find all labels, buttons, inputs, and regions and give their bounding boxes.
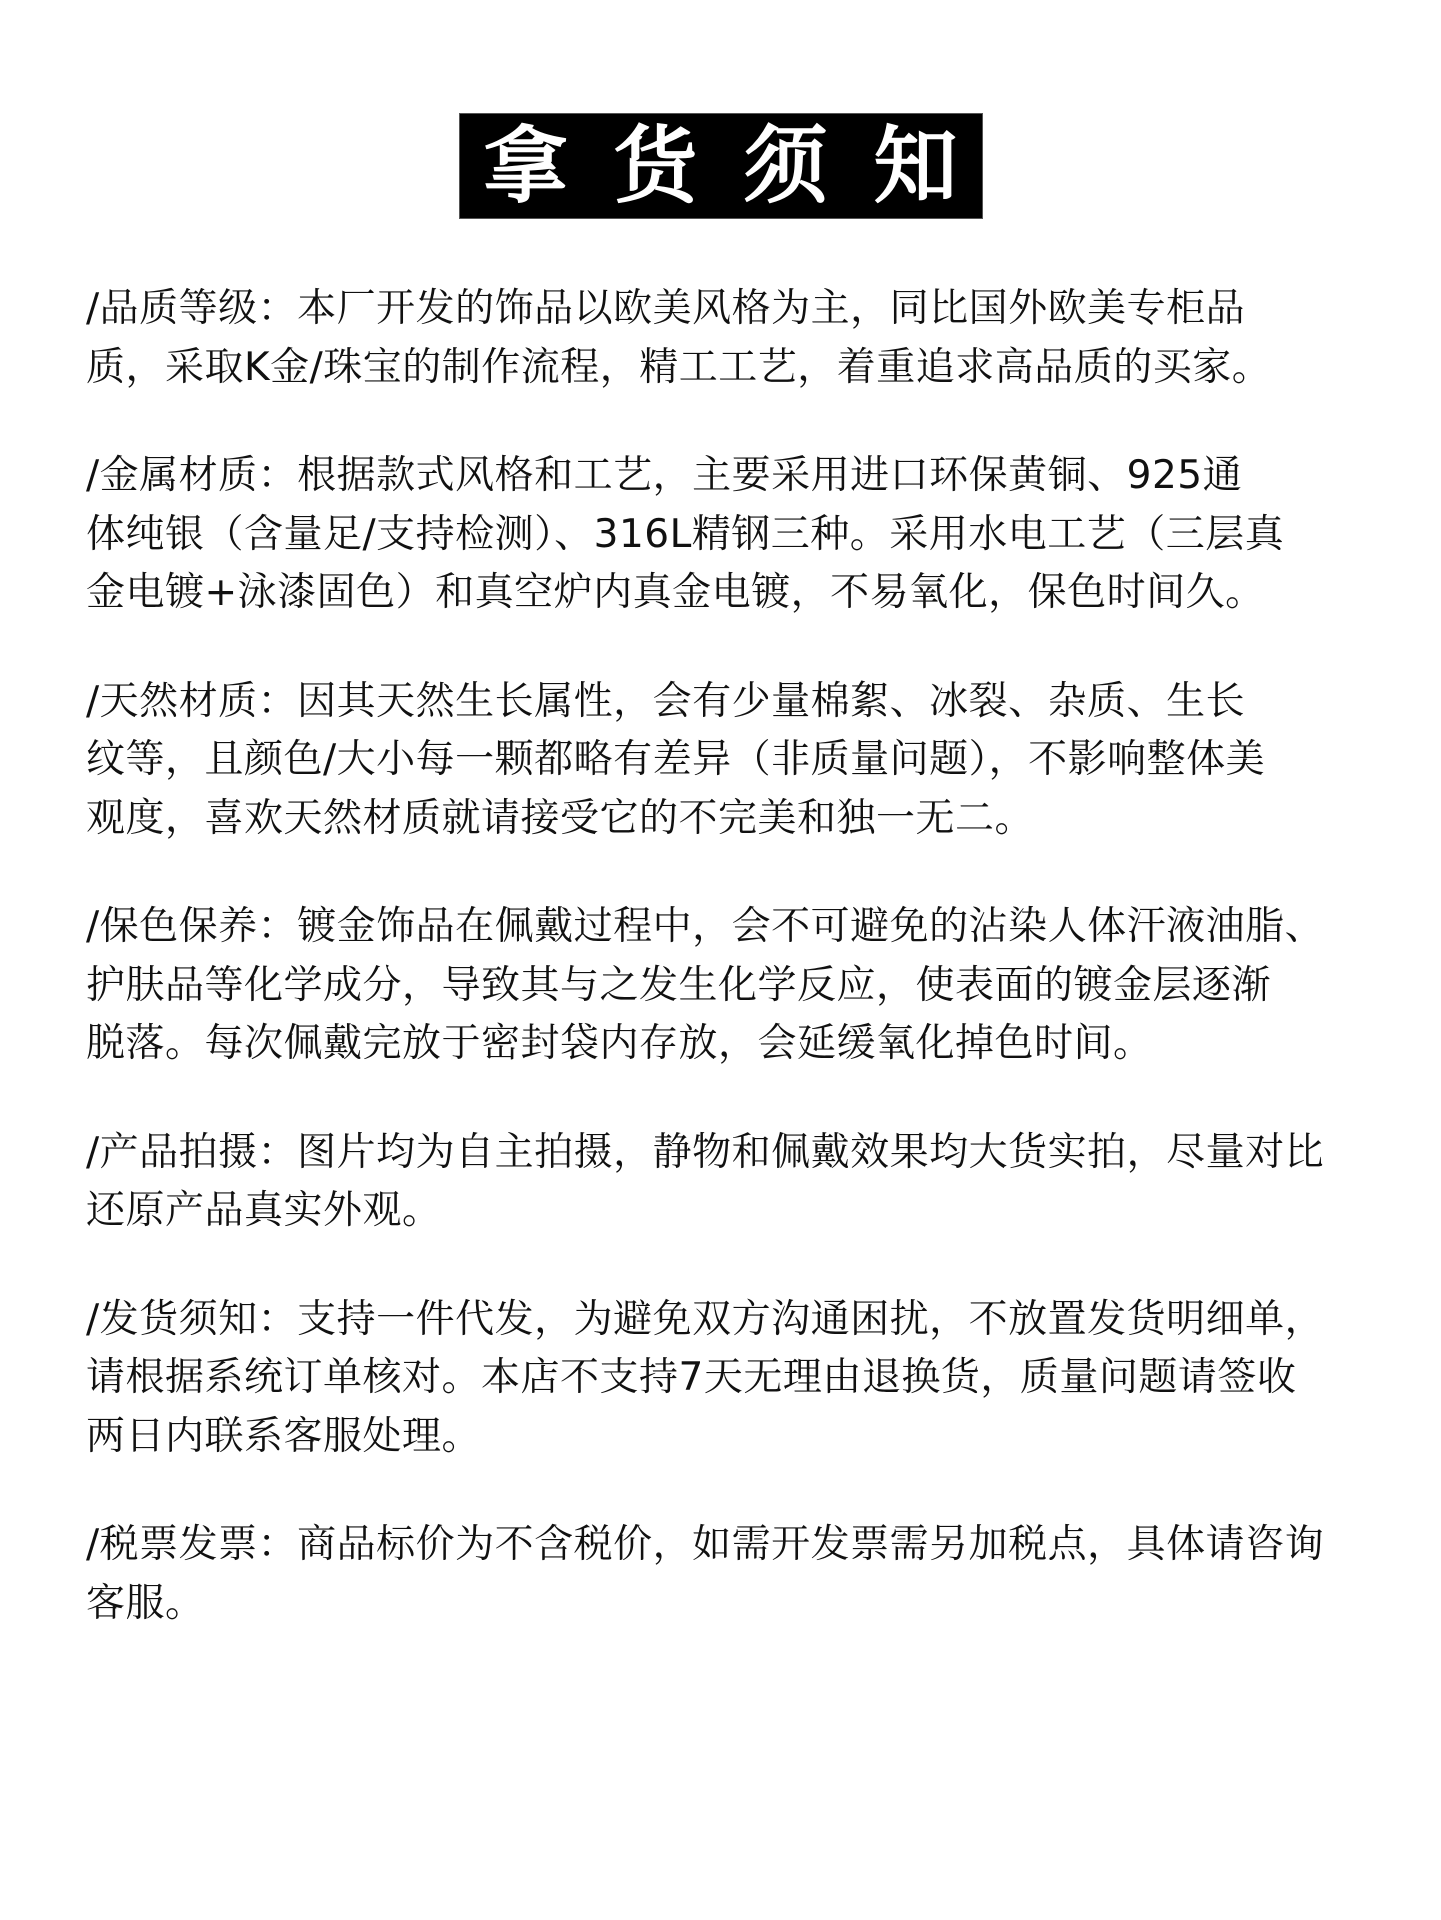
section-line: 还原产品真实外观。 [86,1182,1376,1241]
section-shipping-notice: /发货须知：支持一件代发，为避免双方沟通困扰，不放置发货明细单， 请根据系统订单… [86,1291,1376,1467]
section-line: 两日内联系客服处理。 [86,1408,1376,1467]
section-quality-grade: /品质等级：本厂开发的饰品以欧美风格为主，同比国外欧美专柜品 质，采取K金/珠宝… [86,280,1376,397]
page-title: 拿货须知 [483,124,1003,208]
section-tax-invoice: /税票发票：商品标价为不含税价，如需开发票需另加税点，具体请咨询 客服。 [86,1516,1376,1633]
section-line: 脱落。每次佩戴完放于密封袋内存放，会延缓氧化掉色时间。 [86,1015,1376,1074]
section-metal-material: /金属材质：根据款式风格和工艺，主要采用进口环保黄铜、925通 体纯银（含量足/… [86,447,1376,623]
section-line: 观度，喜欢天然材质就请接受它的不完美和独一无二。 [86,790,1376,849]
section-line: 质，采取K金/珠宝的制作流程，精工工艺，着重追求高品质的买家。 [86,339,1376,398]
section-line: 请根据系统订单核对。本店不支持7天无理由退换货，质量问题请签收 [86,1349,1376,1408]
section-line: 护肤品等化学成分，导致其与之发生化学反应，使表面的镀金层逐渐 [86,957,1376,1016]
section-line: 纹等，且颜色/大小每一颗都略有差异（非质量问题），不影响整体美 [86,731,1376,790]
section-color-care: /保色保养：镀金饰品在佩戴过程中，会不可避免的沾染人体汗液油脂、 护肤品等化学成… [86,898,1376,1074]
section-line: /发货须知：支持一件代发，为避免双方沟通困扰，不放置发货明细单， [86,1291,1376,1350]
section-line: /保色保养：镀金饰品在佩戴过程中，会不可避免的沾染人体汗液油脂、 [86,898,1376,957]
section-line: 客服。 [86,1575,1376,1634]
section-line: 体纯银（含量足/支持检测）、316L精钢三种。采用水电工艺（三层真 [86,506,1376,565]
section-natural-material: /天然材质：因其天然生长属性，会有少量棉絮、冰裂、杂质、生长 纹等，且颜色/大小… [86,673,1376,849]
section-line: 金电镀+泳漆固色）和真空炉内真金电镀，不易氧化，保色时间久。 [86,564,1376,623]
section-line: /税票发票：商品标价为不含税价，如需开发票需另加税点，具体请咨询 [86,1516,1376,1575]
section-product-photography: /产品拍摄：图片均为自主拍摄，静物和佩戴效果均大货实拍，尽量对比 还原产品真实外… [86,1124,1376,1241]
section-line: /天然材质：因其天然生长属性，会有少量棉絮、冰裂、杂质、生长 [86,673,1376,732]
title-banner: 拿货须知 [0,113,1441,219]
notice-content: /品质等级：本厂开发的饰品以欧美风格为主，同比国外欧美专柜品 质，采取K金/珠宝… [86,280,1376,1683]
title-box: 拿货须知 [459,113,983,219]
section-line: /品质等级：本厂开发的饰品以欧美风格为主，同比国外欧美专柜品 [86,280,1376,339]
section-line: /金属材质：根据款式风格和工艺，主要采用进口环保黄铜、925通 [86,447,1376,506]
section-line: /产品拍摄：图片均为自主拍摄，静物和佩戴效果均大货实拍，尽量对比 [86,1124,1376,1183]
